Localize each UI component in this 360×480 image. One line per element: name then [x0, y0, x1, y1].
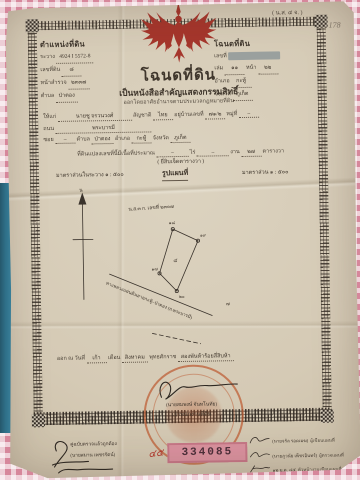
photo-scene: ( น.ส. ๔ จ. ) 178: [0, 0, 360, 480]
issue-year: สองพันห้าร้อยสี่สิบห้า: [178, 352, 234, 362]
serial-number: 334085: [181, 446, 233, 459]
soi-value: –: [55, 137, 75, 144]
rawang-label: ระวาง: [40, 54, 55, 60]
parcel-number-value: ๘: [62, 64, 82, 77]
frame-corner: [26, 19, 39, 32]
corner-marker-label: ๑๘: [169, 220, 176, 225]
area-prefix: ที่ดินแปลงเลขที่นี้มีเนื้อที่ประมาณ: [77, 150, 155, 157]
page-value: ๒๒: [258, 61, 278, 74]
rawang-value: 4924 I 5572-8: [56, 50, 93, 64]
address-value: ๗๑/๒: [205, 110, 225, 119]
corner-marker-label: ๒๐: [179, 294, 185, 299]
month-label: เดือน: [108, 355, 121, 361]
deed-paper: ( น.ส. ๔ จ. ) 178: [0, 0, 360, 480]
area-ngan-value: –: [197, 149, 229, 157]
stray-mark: ๗: [226, 302, 230, 307]
issued-at-label: ออก ณ วันที่: [57, 355, 85, 361]
map-checker-row: (นายภูวนัย เพ็ชรอินทร์) ผู้ตรวจแผนที่: [248, 445, 350, 460]
owner-tambon-value: ป่าตอง: [91, 135, 113, 144]
signature-squiggle: [248, 435, 270, 445]
parcel-outline: ๑๘ ๑๙ ๒๐ ๑๗ ๔: [151, 220, 208, 300]
tambon-label: ตำบล: [41, 93, 55, 99]
given-to-label: ให้แก่: [43, 114, 56, 120]
road-value: พระบารมี: [55, 123, 151, 134]
corner-marker-label: ๑๗: [151, 266, 158, 271]
frame-corner: [314, 15, 327, 28]
owner-amphoe-label: อำเภอ: [115, 136, 130, 142]
parcel-map: น น.ส.๓ ก. เลขที่ ๒๓๐๗ ๑๘ ๑๙ ๒๐ ๑๗ ๔: [20, 184, 322, 349]
scale-in-sheet: มาตราส่วนในระวาง ๑ : ๕๐๐: [56, 171, 124, 180]
owner-name: นายชู จรวนวงศ์: [58, 112, 132, 122]
owner-province-value: ภูเก็ต: [170, 134, 190, 143]
area-wa-value: ๒๗: [241, 148, 261, 157]
road-label: ถนน: [43, 126, 54, 132]
redacted-deed-number: [228, 51, 280, 60]
soi-label: ซอย: [43, 137, 53, 143]
ns3-reference: น.ส.๓ ก. เลขที่ ๒๓๐๗: [128, 203, 174, 213]
owner-amphoe-value: กะทู้: [131, 134, 151, 143]
map-writer-row: (นายจรัล รอดเมฆ) ผู้เขียนแผนที่: [248, 430, 350, 445]
form-code: ( น.ส. ๔ จ. ): [272, 7, 302, 17]
signer-role: ผู้เขียนแผนที่: [310, 437, 335, 444]
era-label: พุทธศักราช: [149, 354, 176, 360]
page-label: หน้า: [246, 65, 257, 71]
copy-verified-note: คู่ฉบับตรวจแล้วถูกต้อง: [70, 440, 117, 449]
survey-page-label: หน้าสำรวจ: [40, 80, 66, 86]
moo-label: หมู่ที่: [226, 111, 237, 117]
road-line-group: ทางหลวงแผ่นดินสายกะทู้–ป่าตอง (ถ.พระบารม…: [105, 273, 213, 346]
wa-label: ตารางวา: [262, 148, 284, 154]
address-label: อยู่บ้านเลขที่: [174, 112, 204, 118]
owner-tambon-label: ตำบล: [76, 136, 90, 142]
nationality-value: ไทย: [153, 111, 173, 120]
serial-number-stamp: 334085: [167, 442, 247, 463]
issue-month: สิงหาคม: [122, 354, 148, 363]
parcel-number: ๔: [173, 258, 177, 264]
signature-squiggle: [248, 450, 270, 460]
pencil-page-number: 178: [329, 20, 341, 29]
rai-label: ไร่: [190, 150, 196, 156]
parcel-number-label: เลขที่ดิน: [40, 67, 60, 73]
ngan-label: งาน: [230, 149, 240, 155]
moo-value: –: [239, 111, 259, 118]
area-rai-value: –: [156, 150, 188, 158]
owner-province-label: จังหวัด: [153, 135, 169, 141]
nationality-label: สัญชาติ: [133, 112, 152, 118]
deed-number-label: เลขที่: [214, 53, 227, 59]
map-heading: รูปแผนที่: [162, 168, 188, 181]
north-label: น: [79, 189, 83, 194]
signer-role: ผู้ตรวจแผนที่: [319, 451, 344, 458]
corner-marker-label: ๑๙: [200, 233, 207, 238]
signer-name: (นายจรัล รอดเมฆ): [272, 437, 308, 445]
officer-signature: [153, 374, 241, 403]
verifier-name: (นายสมาน เพชรรัตน์): [70, 451, 115, 460]
map-scale: มาตราส่วน ๑ : ๕๐๐: [242, 168, 289, 177]
road-name-label: ทางหลวงแผ่นดินสายกะทู้–ป่าตอง (ถ.พระบารม…: [105, 280, 194, 322]
north-arrow: น: [72, 188, 94, 299]
signer-name: (นายภูวนัย เพ็ชรอินทร์): [272, 452, 317, 460]
issue-day: เก้า: [86, 354, 106, 363]
frame-corner: [32, 414, 45, 427]
frame-corner: [321, 410, 334, 423]
handwritten-year: ๔๕: [148, 446, 165, 463]
